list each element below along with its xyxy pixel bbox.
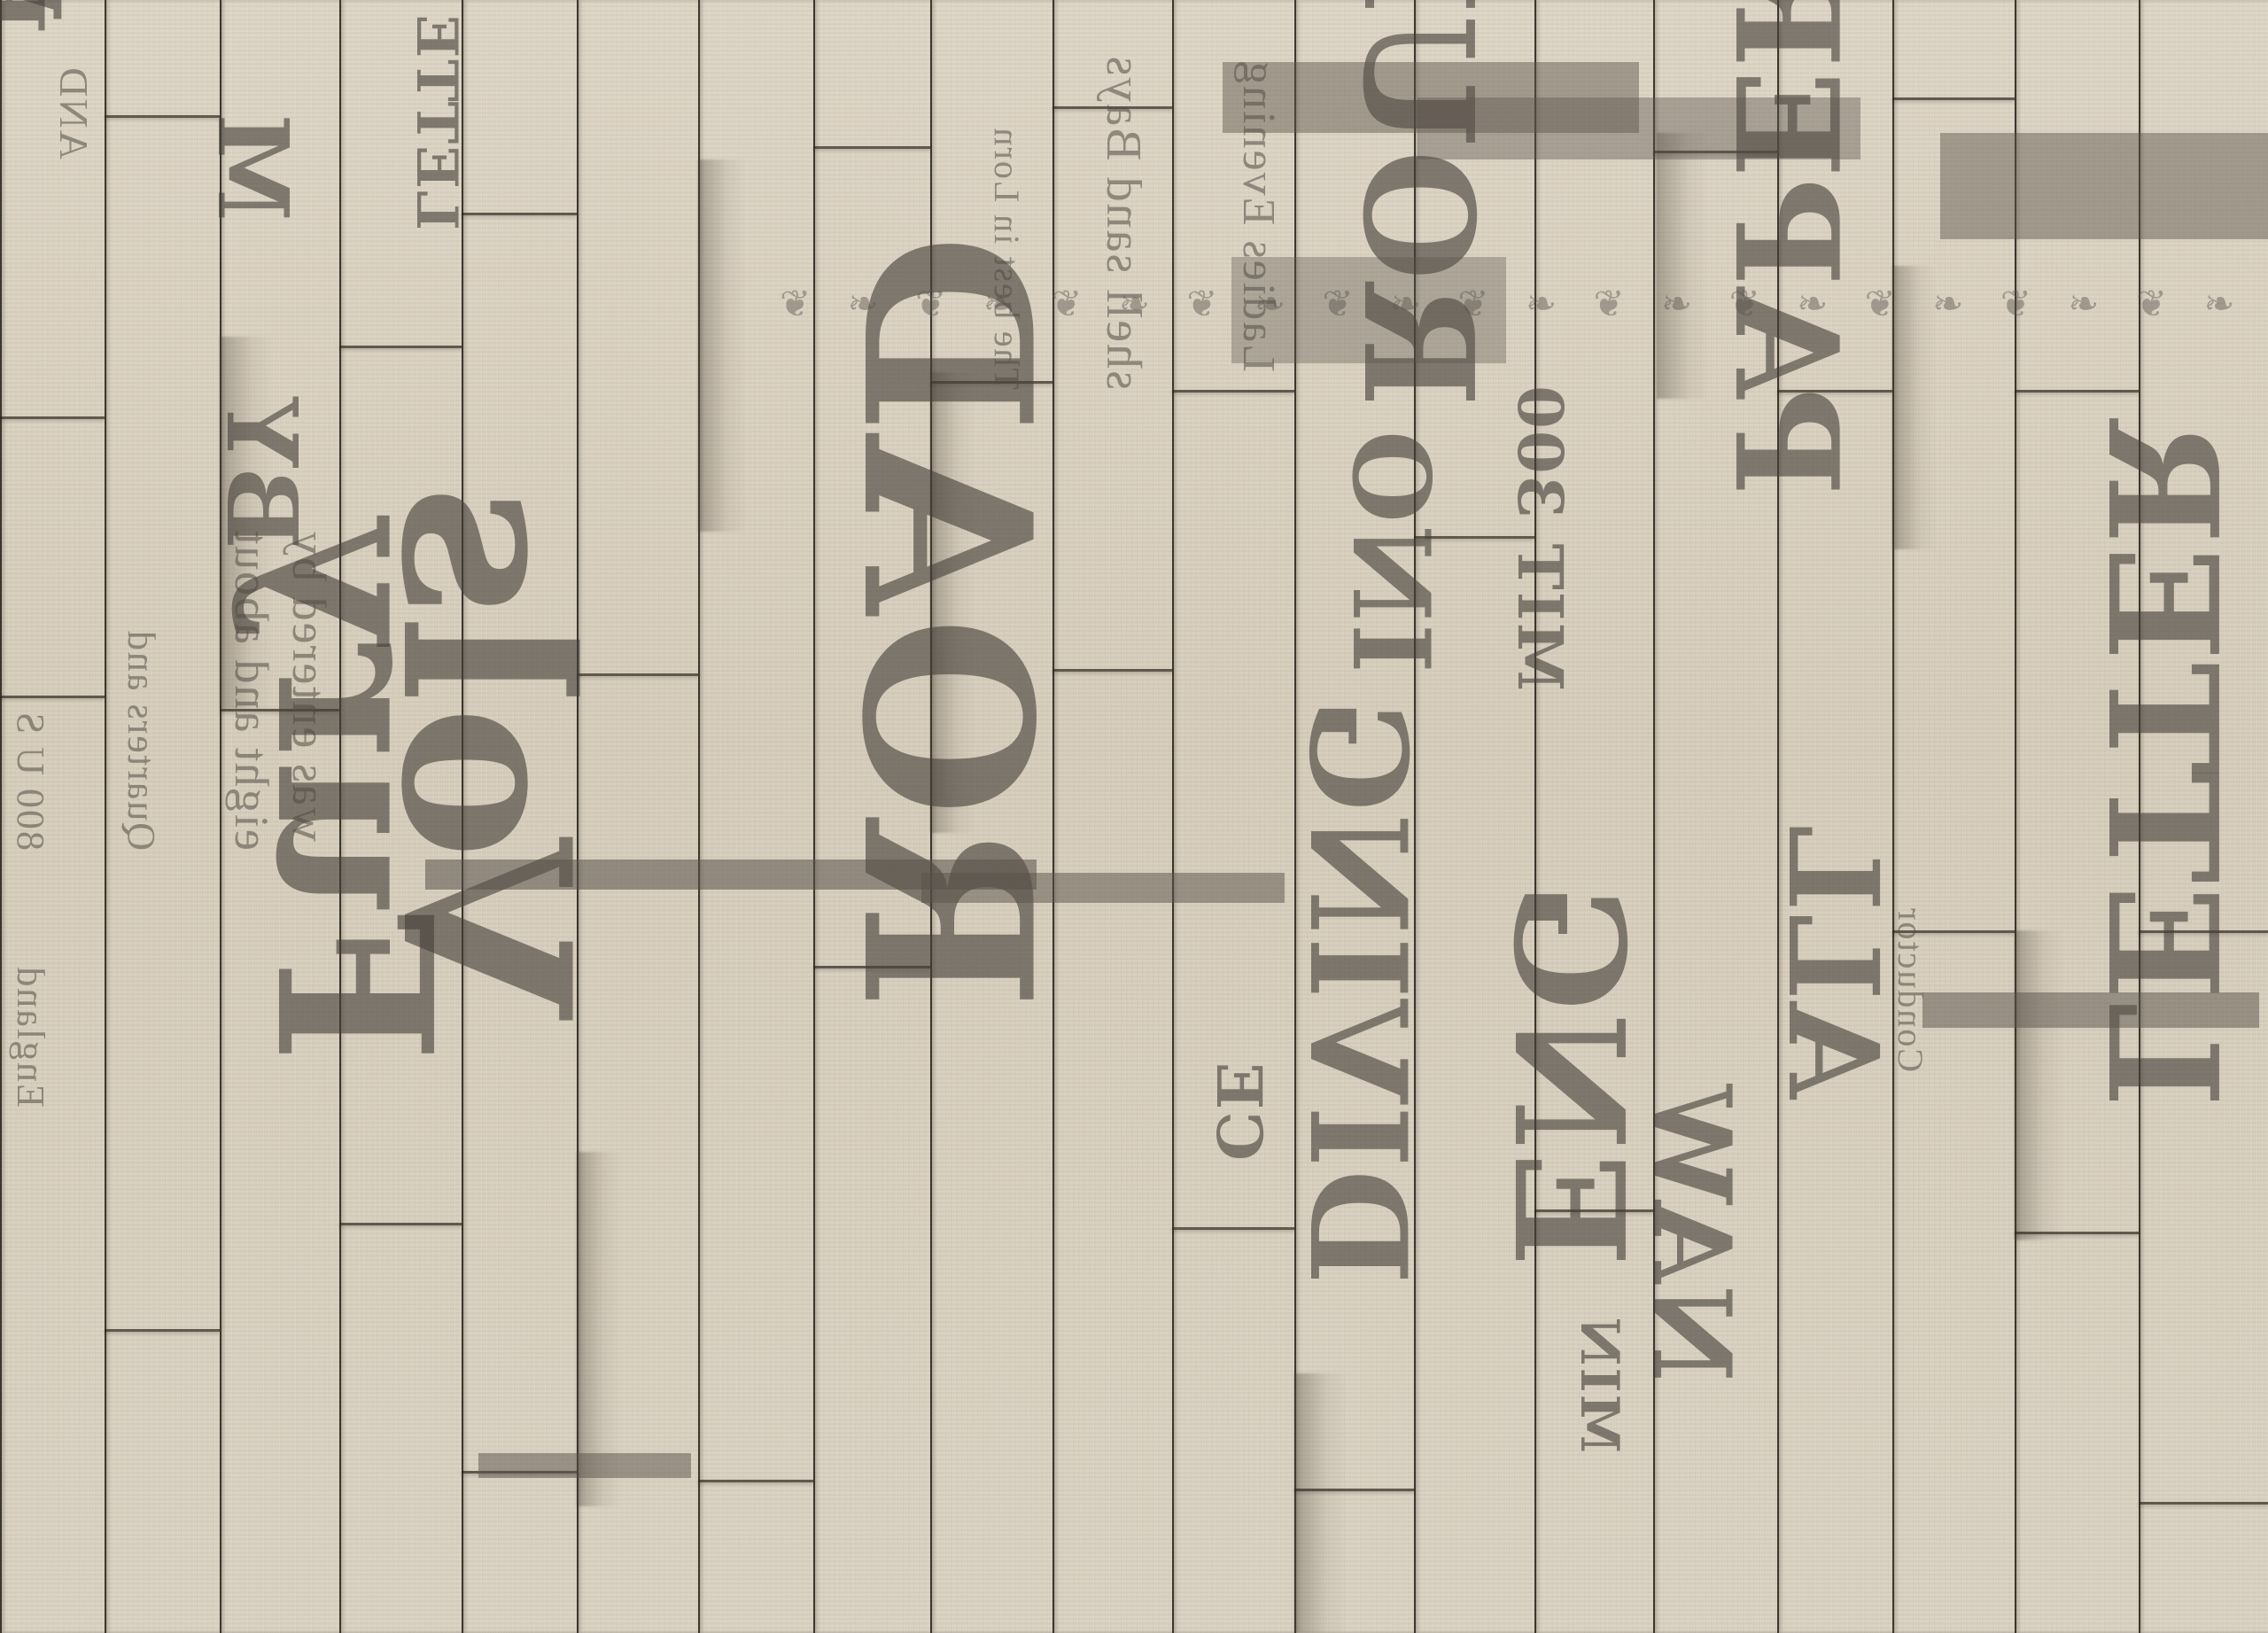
newspaper-wallpaper: WORCE BLOW AND M BY LETTE Vols ROAD EIGI… [0,0,2268,1633]
seam [462,213,577,215]
seam [698,1480,813,1482]
print-fragment: ENG [1480,881,1657,1267]
print-fragment: The best in Lorn [986,127,1028,391]
print-fragment: England [8,965,53,1108]
stone-shadow [1657,133,1710,399]
print-fragment: shell sand Bays [1095,55,1152,390]
print-fragment: M [196,112,310,222]
seam [813,146,930,149]
print-fragment: was entered by [282,530,337,842]
ink-bar [1417,97,1860,159]
seam [2015,1232,2139,1234]
seam [0,696,105,698]
ornament-band: ❦ ❧ ❦ ❧ ❦ ❧ ❦ ❧ ❦ ❧ ❦ ❧ ❦ ❧ ❦ ❧ ❦ ❧ ❦ ❧ … [780,282,2268,325]
stone-shadow [1294,1373,1348,1633]
print-fragment: INO [1328,429,1453,673]
print-fragment: Quarters and [119,629,164,851]
seam [1294,1489,1414,1491]
print-fragment: BLOW [0,0,66,35]
print-fragment: MIT 300 [1503,384,1577,691]
seam [1172,1227,1294,1230]
seam [339,346,462,348]
seam [1172,390,1294,393]
print-fragment: CE [1202,1061,1276,1161]
stone-shadow [2015,930,2063,1240]
print-fragment: ALL [1759,823,1905,1100]
print-fragment: LETTE [403,12,470,230]
seam [2015,390,2139,393]
ink-bar [1940,133,2268,239]
strip [1892,0,2015,1633]
seam [339,1223,462,1225]
seam [0,416,105,419]
ink-bar [478,1453,691,1478]
seam [2139,1502,2268,1505]
print-fragment: MIN [1568,1316,1630,1453]
print-fragment: eight and about [224,529,279,851]
print-fragment: 800 U S [8,711,53,851]
print-fragment: PAPER'S [1703,0,1869,496]
seam [1892,97,2015,100]
ink-bar [921,873,1285,903]
ink-bar [1922,992,2259,1028]
print-fragment: DIVING [1279,696,1435,1285]
stone-shadow [698,159,747,532]
seam [105,1329,220,1332]
print-fragment: AND [50,66,97,159]
